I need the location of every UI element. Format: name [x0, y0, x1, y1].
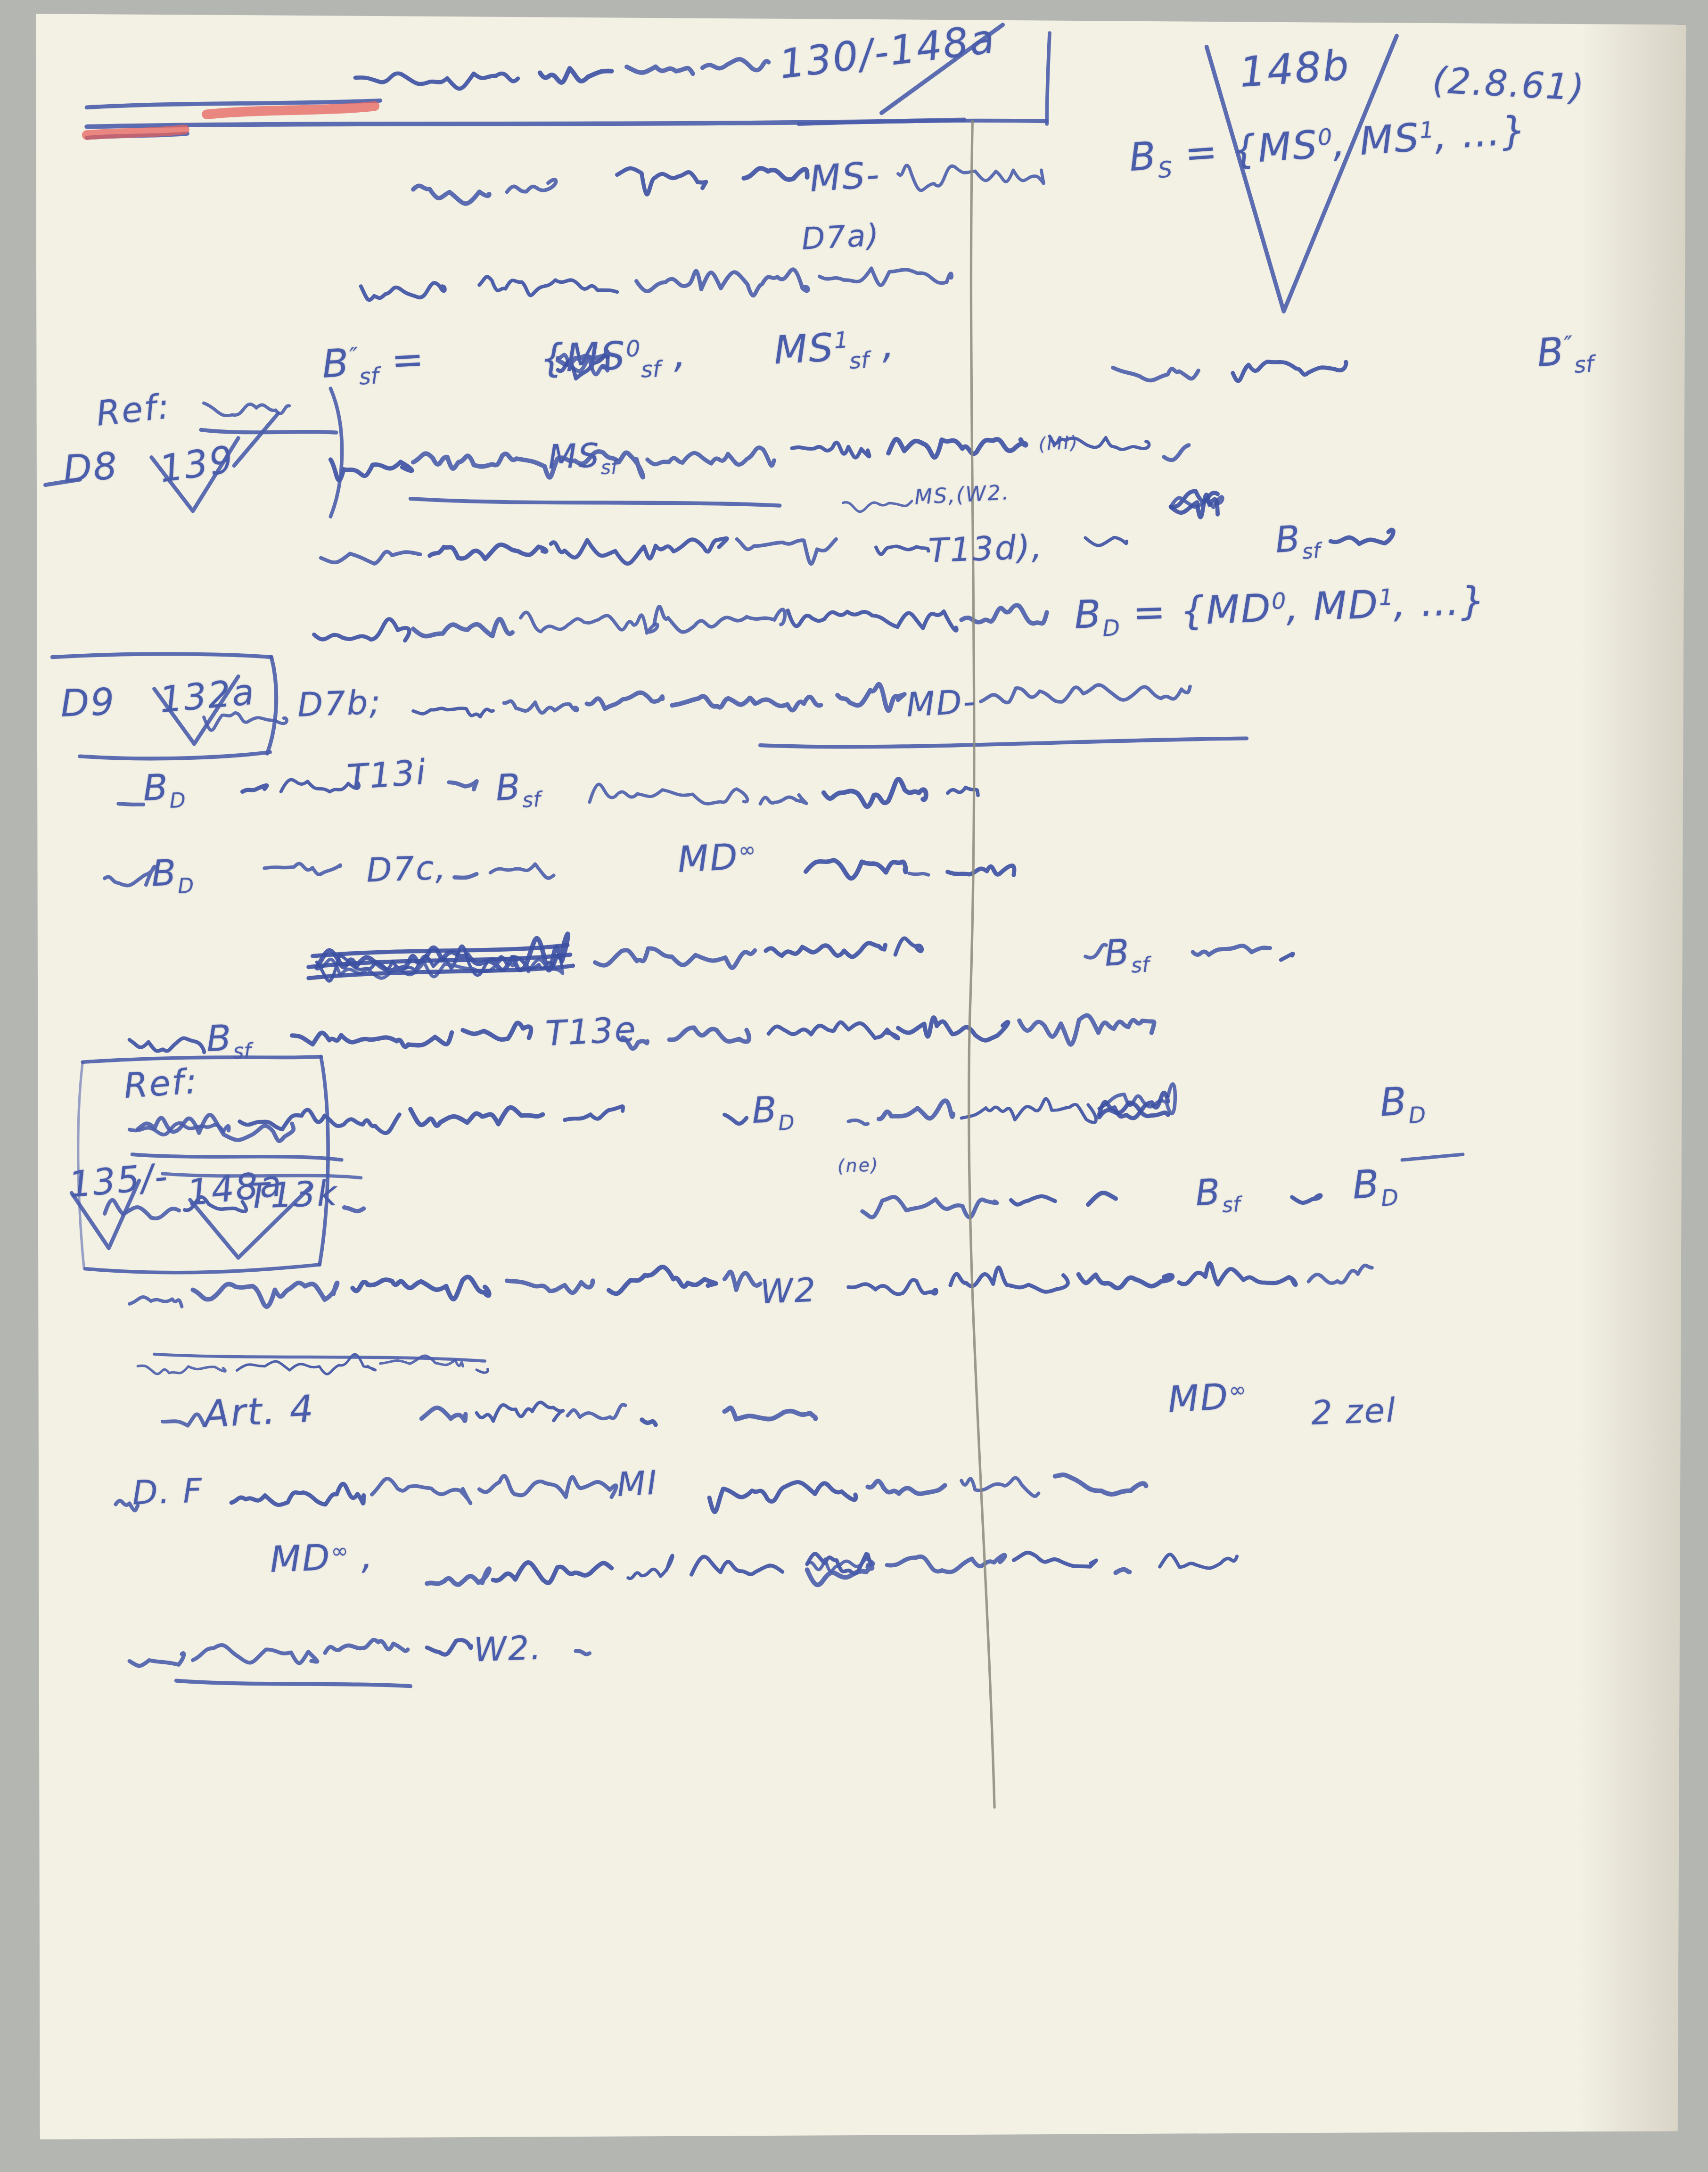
- handwriting-stroke: [909, 873, 928, 875]
- paper-edge-shadow: [1578, 25, 1686, 2131]
- scanned-screenshot: { "meta": { "date": "(2.8.61)", "page_ra…: [0, 0, 1708, 2172]
- paper-sheet: [36, 14, 1686, 2139]
- handwriting-stroke: [118, 804, 143, 805]
- red-underline-stroke: [87, 130, 185, 135]
- page-background: (2.8.61)130/-148a148bRef:D8139D9132aRef:…: [0, 0, 1708, 2172]
- handwriting-layer: [0, 0, 1708, 2172]
